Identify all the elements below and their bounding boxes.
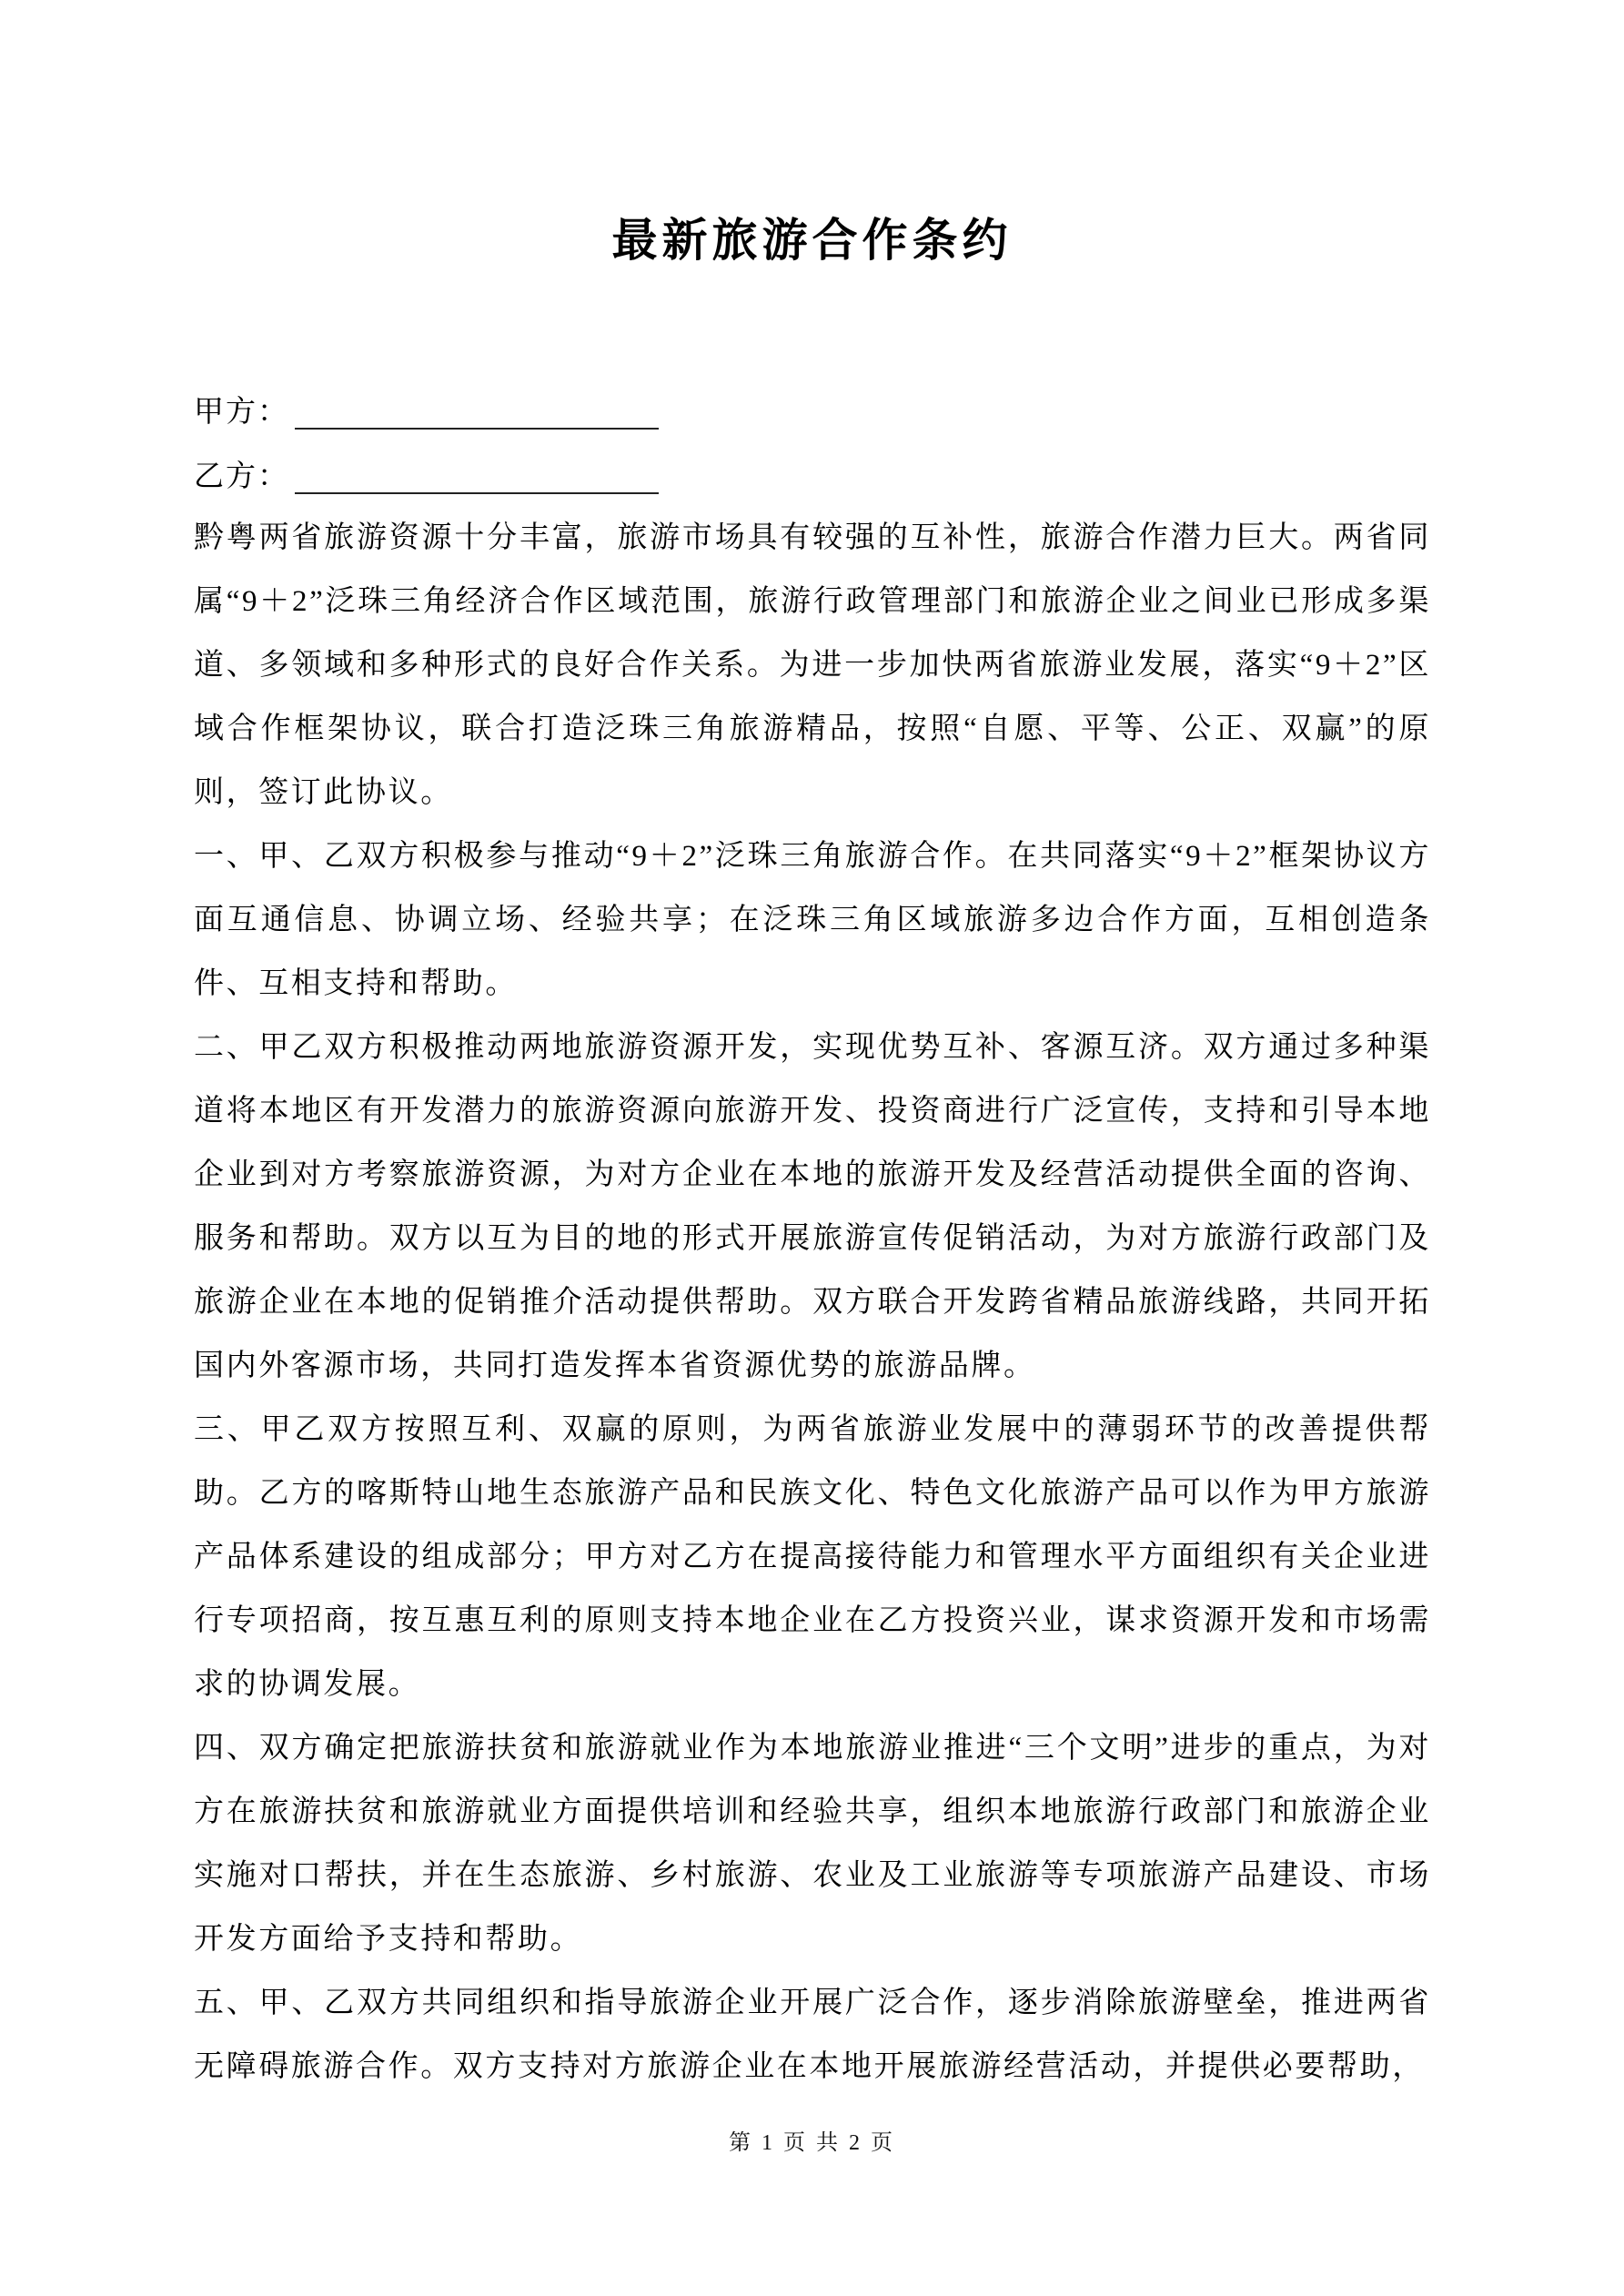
party-a-blank-line	[295, 389, 659, 430]
clause-5-paragraph: 五、甲、乙双方共同组织和指导旅游企业开展广泛合作，逐步消除旅游壁垒，推进两省无障…	[194, 1971, 1431, 2099]
document-title: 最新旅游合作条约	[0, 211, 1624, 269]
document-page: 最新旅游合作条约 甲方： 乙方： 黔粤两省旅游资源十分丰富，旅游市场具有较强的互…	[0, 0, 1624, 2296]
party-a-line: 甲方：	[194, 380, 1431, 445]
page-number-footer: 第 1 页 共 2 页	[0, 2122, 1624, 2164]
intro-paragraph: 黔粤两省旅游资源十分丰富，旅游市场具有较强的互补性，旅游合作潜力巨大。两省同属“…	[194, 506, 1431, 824]
clause-1-paragraph: 一、甲、乙双方积极参与推动“9＋2”泛珠三角旅游合作。在共同落实“9＋2”框架协…	[194, 824, 1431, 1016]
party-b-label: 乙方：	[194, 460, 289, 493]
party-b-line: 乙方：	[194, 445, 1431, 510]
clause-2-paragraph: 二、甲乙双方积极推动两地旅游资源开发，实现优势互补、客源互济。双方通过多种渠道将…	[194, 1016, 1431, 1398]
document-body: 黔粤两省旅游资源十分丰富，旅游市场具有较强的互补性，旅游合作潜力巨大。两省同属“…	[194, 506, 1431, 2099]
clause-4-paragraph: 四、双方确定把旅游扶贫和旅游就业作为本地旅游业推进“三个文明”进步的重点，为对方…	[194, 1716, 1431, 1971]
clause-3-paragraph: 三、甲乙双方按照互利、双赢的原则，为两省旅游业发展中的薄弱环节的改善提供帮助。乙…	[194, 1398, 1431, 1716]
party-a-label: 甲方：	[194, 396, 289, 429]
party-b-blank-line	[295, 454, 659, 494]
parties-block: 甲方： 乙方：	[194, 380, 1431, 510]
